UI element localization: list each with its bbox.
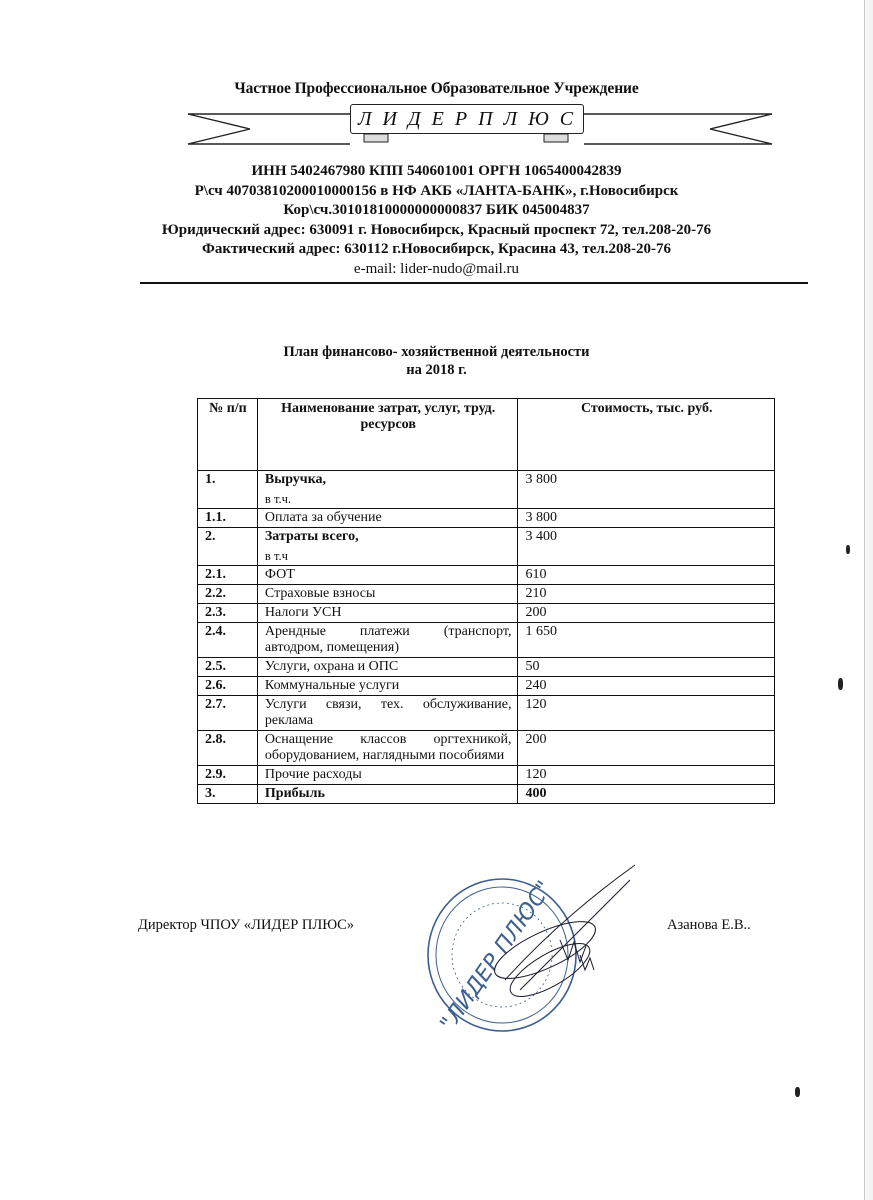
row-name: Арендные платежи (транспорт, автодром, п… (257, 623, 518, 658)
row-value: 120 (518, 766, 775, 785)
row-value: 1 650 (518, 623, 775, 658)
row-number: 2.6. (198, 677, 258, 696)
stamp-icon: "ЛИДЕР ПЛЮС" (410, 860, 640, 1050)
row-name-text: Услуги, охрана и ОПС (265, 659, 398, 674)
header-divider (140, 282, 808, 284)
organization-name: Л И Д Е Р П Л Ю С (350, 104, 584, 134)
row-value: 210 (518, 585, 775, 604)
row-number: 2. (198, 528, 258, 566)
row-name-text: Арендные платежи (транспорт, автодром, п… (265, 624, 512, 655)
row-number: 2.2. (198, 585, 258, 604)
row-name: Услуги, охрана и ОПС (257, 658, 518, 677)
row-name-text: ФОТ (265, 567, 295, 582)
row-name-text: Страховые взносы (265, 586, 375, 601)
document-title-line1: План финансово- хозяйственной деятельнос… (0, 343, 873, 361)
row-name-text: Оснащение классов оргтехникой, оборудова… (265, 732, 512, 763)
row-value: 50 (518, 658, 775, 677)
organization-banner: Л И Д Е Р П Л Ю С (180, 100, 780, 146)
stamp-and-signature: "ЛИДЕР ПЛЮС" (410, 860, 640, 1050)
row-value: 120 (518, 696, 775, 731)
table-row: 2.Затраты всего,в т.ч3 400 (198, 528, 775, 566)
row-name: Оснащение классов оргтехникой, оборудова… (257, 731, 518, 766)
header-number: № п/п (198, 399, 258, 471)
table-row: 1.Выручка,в т.ч.3 800 (198, 471, 775, 509)
row-value: 3 800 (518, 509, 775, 528)
row-name: Оплата за обучение (257, 509, 518, 528)
row-name-text: Прочие расходы (265, 767, 362, 782)
row-number: 2.4. (198, 623, 258, 658)
organization-type: Частное Профессиональное Образовательное… (0, 80, 873, 98)
row-value: 240 (518, 677, 775, 696)
legal-address: Юридический адрес: 630091 г. Новосибирск… (0, 221, 873, 241)
row-value: 400 (518, 785, 775, 804)
scan-speck (846, 545, 850, 554)
actual-address: Фактический адрес: 630112 г.Новосибирск,… (0, 240, 873, 260)
table-header-row: № п/п Наименование затрат, услуг, труд. … (198, 399, 775, 471)
table-body: 1.Выручка,в т.ч.3 8001.1.Оплата за обуче… (198, 471, 775, 804)
row-value: 200 (518, 731, 775, 766)
document-title: План финансово- хозяйственной деятельнос… (0, 343, 873, 379)
row-value: 610 (518, 566, 775, 585)
row-name-text: Выручка, (265, 472, 326, 487)
scan-speck (795, 1087, 800, 1097)
row-number: 2.7. (198, 696, 258, 731)
table-row: 1.1.Оплата за обучение3 800 (198, 509, 775, 528)
table-row: 2.1.ФОТ610 (198, 566, 775, 585)
row-name: Услуги связи, тех. обслуживание, реклама (257, 696, 518, 731)
table-row: 2.7.Услуги связи, тех. обслуживание, рек… (198, 696, 775, 731)
row-name: Налоги УСН (257, 604, 518, 623)
bank-account: Р\сч 40703810200010000156 в НФ АКБ «ЛАНТ… (0, 182, 873, 202)
row-number: 2.1. (198, 566, 258, 585)
row-name-subtitle: в т.ч (265, 548, 512, 564)
row-number: 2.5. (198, 658, 258, 677)
table-row: 2.4.Арендные платежи (транспорт, автодро… (198, 623, 775, 658)
table-row: 2.3.Налоги УСН200 (198, 604, 775, 623)
row-name: ФОТ (257, 566, 518, 585)
row-name: Прибыль (257, 785, 518, 804)
header-name: Наименование затрат, услуг, труд. ресурс… (257, 399, 518, 471)
row-name-text: Прибыль (265, 786, 325, 801)
row-name-text: Оплата за обучение (265, 510, 382, 525)
table-row: 2.2.Страховые взносы210 (198, 585, 775, 604)
row-name-text: Услуги связи, тех. обслуживание, реклама (265, 697, 512, 728)
row-number: 2.9. (198, 766, 258, 785)
row-name: Выручка,в т.ч. (257, 471, 518, 509)
email: e-mail: lider-nudo@mail.ru (0, 260, 873, 280)
row-number: 1. (198, 471, 258, 509)
row-name: Затраты всего,в т.ч (257, 528, 518, 566)
row-name-text: Налоги УСН (265, 605, 342, 620)
table-row: 2.5.Услуги, охрана и ОПС50 (198, 658, 775, 677)
correspondent-account: Кор\сч.30101810000000000837 БИК 04500483… (0, 201, 873, 221)
stamp-text: "ЛИДЕР ПЛЮС" (436, 877, 558, 1036)
requisites-block: ИНН 5402467980 КПП 540601001 ОРГН 106540… (0, 162, 873, 279)
row-name: Прочие расходы (257, 766, 518, 785)
inn-kpp-ogrn: ИНН 5402467980 КПП 540601001 ОРГН 106540… (0, 162, 873, 182)
row-number: 3. (198, 785, 258, 804)
row-number: 2.8. (198, 731, 258, 766)
row-name: Коммунальные услуги (257, 677, 518, 696)
scan-speck (838, 678, 843, 690)
table-row: 2.9.Прочие расходы120 (198, 766, 775, 785)
row-value: 3 800 (518, 471, 775, 509)
table-row: 2.8.Оснащение классов оргтехникой, обору… (198, 731, 775, 766)
row-value: 200 (518, 604, 775, 623)
row-value: 3 400 (518, 528, 775, 566)
signatory-name: Азанова Е.В.. (667, 917, 751, 934)
row-name: Страховые взносы (257, 585, 518, 604)
table-row: 3.Прибыль400 (198, 785, 775, 804)
signatory-position: Директор ЧПОУ «ЛИДЕР ПЛЮС» (138, 917, 354, 934)
row-name-text: Коммунальные услуги (265, 678, 399, 693)
header-cost: Стоимость, тыс. руб. (518, 399, 775, 471)
row-number: 1.1. (198, 509, 258, 528)
row-number: 2.3. (198, 604, 258, 623)
table-row: 2.6.Коммунальные услуги240 (198, 677, 775, 696)
row-name-subtitle: в т.ч. (265, 491, 512, 507)
row-name-text: Затраты всего, (265, 529, 359, 544)
document-title-line2: на 2018 г. (0, 361, 873, 379)
financial-plan-table: № п/п Наименование затрат, услуг, труд. … (197, 398, 775, 804)
